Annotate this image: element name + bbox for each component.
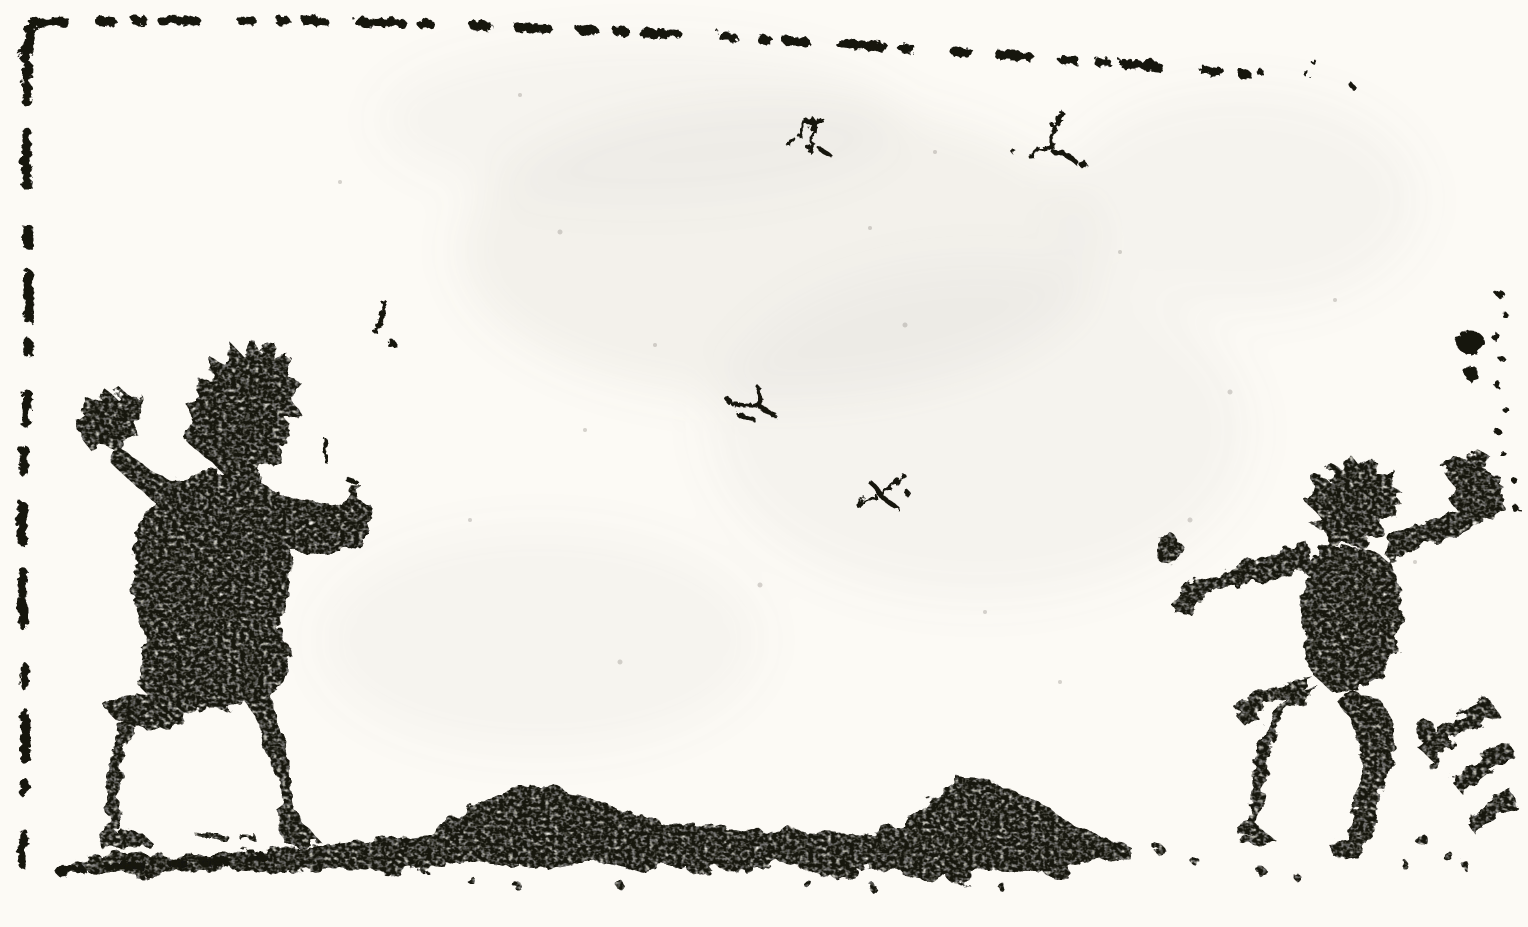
- woodcut-canvas: Antique woodcut book illustration — degr…: [0, 0, 1528, 927]
- debris-dot: [1462, 862, 1470, 870]
- woodcut-print: Antique woodcut book illustration — degr…: [0, 0, 1528, 927]
- debris-dot: [1400, 860, 1408, 868]
- left-figure-hand: [334, 517, 370, 545]
- ground-dot: [466, 875, 474, 883]
- ground-clump: [948, 866, 972, 886]
- ground-dot: [1192, 858, 1200, 866]
- debris-blot: [1416, 718, 1434, 742]
- tick-mark: [345, 477, 354, 480]
- ground-dot: [512, 880, 520, 888]
- right-figure-left-fist: [1155, 533, 1181, 565]
- ground-clump: [831, 861, 859, 883]
- ground-clump: [684, 854, 716, 874]
- debris-dot: [1441, 849, 1451, 859]
- debris-dot: [1427, 759, 1437, 769]
- ground-dot: [1155, 845, 1165, 855]
- comma-dot: [386, 338, 395, 347]
- border-left: [20, 64, 27, 868]
- ground-dot: [868, 883, 876, 891]
- ground-clump: [1042, 859, 1068, 877]
- ground-dash: [240, 836, 258, 841]
- ground-dot: [616, 881, 625, 890]
- tick-mark: [323, 438, 325, 460]
- debris-dot: [1414, 832, 1426, 844]
- ground-debris: [138, 861, 166, 875]
- ground-debris: [74, 861, 92, 875]
- ground-dot: [998, 883, 1006, 891]
- ground-dot: [1257, 867, 1267, 877]
- ground-dot: [802, 878, 810, 886]
- ground-dash: [196, 832, 226, 838]
- ground-dot: [1297, 877, 1304, 884]
